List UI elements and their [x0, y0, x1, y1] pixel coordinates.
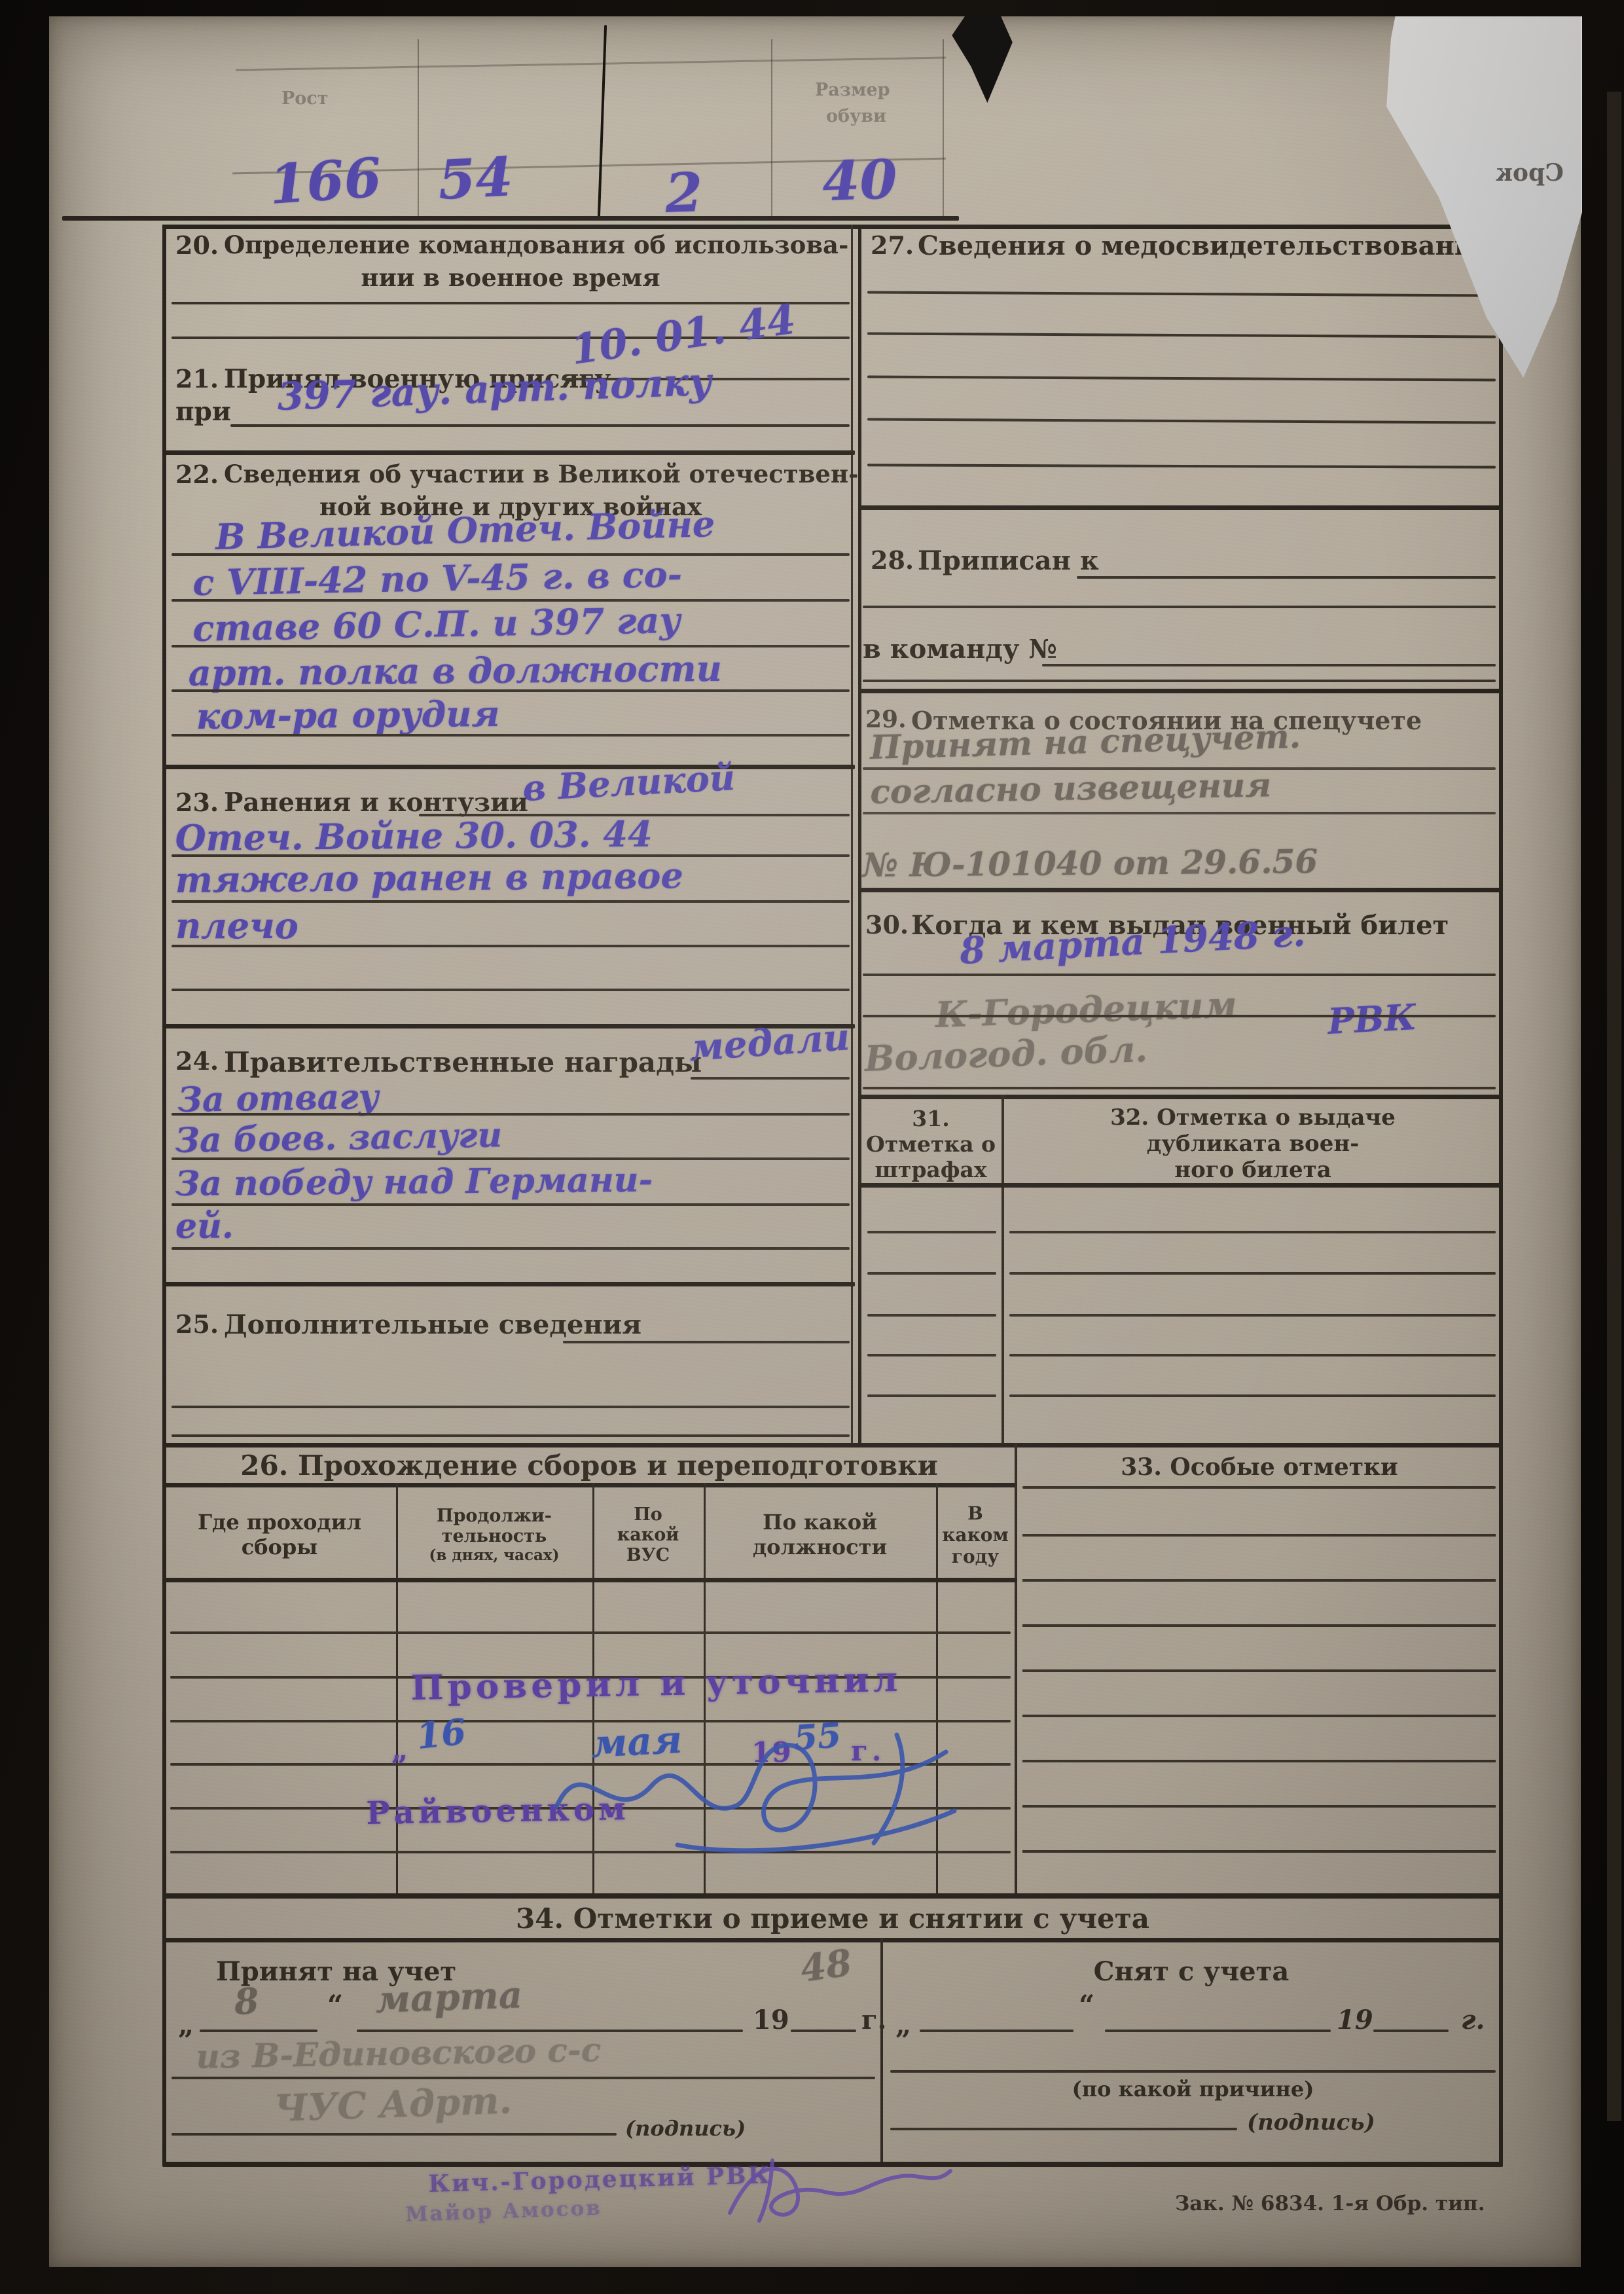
rule-line	[1009, 1314, 1496, 1317]
s26-h4: По какой	[763, 1510, 877, 1535]
s29-pencil-3: № Ю-101040 от 29.6.56	[862, 842, 1318, 884]
rule-line	[890, 2128, 1237, 2130]
s33-title-text: Особые отметки	[1170, 1453, 1398, 1481]
s34-right-g: г.	[1461, 2005, 1485, 2035]
s34-title: 34. Отметки о приеме и снятии с учета	[164, 1903, 1502, 1935]
s34-left-year-pencil: 48	[798, 1941, 854, 1991]
rule-line	[171, 1157, 850, 1160]
rule-line	[171, 1247, 850, 1250]
section-divider	[164, 450, 855, 455]
rule-line	[171, 1434, 850, 1437]
s27-num: 27.	[871, 230, 914, 260]
s22-handwriting-5: ком-ра орудия	[196, 693, 499, 737]
rule-line	[171, 1203, 850, 1206]
s22-title: Сведения об участии в Великой отечествен…	[224, 460, 858, 488]
section-divider-full	[162, 1443, 1503, 1447]
s22-handwriting-3: ставе 60 С.П. и 397 гау	[192, 599, 681, 649]
s31-line: 31. Отметка о	[861, 1106, 1000, 1157]
s26-h2: (в днях, часах)	[429, 1546, 560, 1564]
s26-h1: Где проходил	[198, 1510, 361, 1535]
s34-left-pencil-2: из В-Единовского с-с	[196, 2030, 602, 2076]
s34-right-year-printed: 19	[1337, 2005, 1373, 2035]
rule-line	[1077, 576, 1496, 579]
rule-line	[1009, 1394, 1496, 1397]
s27-title: Сведения о медосвидетельствовании	[918, 230, 1493, 261]
s26-h3: По	[634, 1504, 662, 1525]
rule-line	[171, 734, 850, 737]
rule-line	[863, 812, 1496, 814]
s26-h5: году	[952, 1546, 999, 1567]
s24-num: 24.	[175, 1046, 219, 1076]
s20-title-2: нии в военное время	[173, 263, 848, 292]
s26-title: 26. Прохождение сборов и переподготовки	[164, 1449, 1015, 1482]
print-shop-note: Зак. № 6834. 1-я Обр. тип.	[1175, 2192, 1485, 2215]
rule-line	[171, 553, 850, 556]
s31-header: 31. Отметка о штрафах	[861, 1106, 1000, 1182]
section-divider	[858, 689, 1503, 693]
s28-num: 28.	[871, 545, 914, 575]
rule-line	[867, 1272, 996, 1275]
s26-h2: тельность	[442, 1526, 547, 1546]
bottom-signature	[694, 2147, 969, 2236]
stamp-day-handwriting: 16	[414, 1710, 467, 1757]
rule-line	[1009, 1354, 1496, 1356]
rule-line	[200, 2030, 317, 2032]
stub-divider	[943, 39, 944, 217]
header-bottom-border	[858, 1183, 1503, 1188]
s34-left-day-pencil: 8	[233, 1980, 261, 2023]
rule-line	[171, 645, 850, 647]
s34-right-title: Снят с учета	[884, 1956, 1499, 1987]
rule-line	[1373, 2030, 1449, 2032]
rule-line	[171, 1406, 850, 1408]
s26-h3: ВУС	[626, 1545, 670, 1565]
s34-right-quote-open: „	[895, 2009, 911, 2041]
s22-num: 22.	[175, 460, 219, 489]
stub-value-shoe: 40	[821, 148, 898, 213]
rule-line	[1105, 2030, 1331, 2032]
s34-left-g: г.	[861, 2005, 886, 2035]
s24-handwriting-4: ей.	[175, 1207, 234, 1247]
rule-line	[920, 2030, 1074, 2032]
center-divider	[858, 225, 861, 1445]
s23-handwriting-2: Отеч. Войне 30. 03. 44	[175, 813, 652, 859]
s22-handwriting-4: арт. полка в должности	[188, 647, 722, 694]
s23-handwriting-4: плечо	[175, 905, 298, 947]
s20-title: Определение командования об использова-	[224, 230, 848, 259]
table-right-border	[1499, 225, 1503, 2166]
s23-handwriting-3: тяжело ранен в правое	[175, 854, 683, 901]
rule-line	[171, 1113, 850, 1116]
s26-h5: В каком	[938, 1502, 1013, 1546]
rule-line	[863, 680, 1496, 682]
section-divider	[164, 765, 855, 769]
rule-line	[1022, 1486, 1496, 1489]
s30-issuer-ink: РВК	[1327, 996, 1418, 1042]
s20-num: 20.	[175, 230, 219, 260]
rule-line	[171, 2133, 617, 2136]
s24-handwriting-2: За боев. заслуги	[175, 1115, 503, 1161]
rule-line	[867, 1394, 996, 1397]
s21-num: 21.	[175, 364, 219, 393]
s22-handwriting-2: с VIII-42 по V-45 г. в со-	[192, 553, 683, 604]
stamp-quote: „	[391, 1734, 412, 1767]
s26-header-year: В каком году	[938, 1493, 1013, 1576]
rule-line	[171, 900, 850, 903]
s26-num: 26.	[240, 1449, 288, 1482]
verified-stamp-text: Проверил и уточнил	[410, 1660, 902, 1708]
rule-line	[171, 945, 850, 947]
rule-line	[863, 1087, 1496, 1089]
s34-title-bottom	[162, 1938, 1503, 1942]
s26-h3: какой	[617, 1525, 679, 1545]
mirrored-bleed-text: Срок	[1496, 159, 1564, 187]
s26-header-where: Где проходил сборы	[165, 1493, 394, 1576]
s24-label: Правительственные награды	[224, 1046, 702, 1078]
stub-bottom-border	[62, 216, 959, 221]
s31-line: штрафах	[875, 1157, 986, 1182]
stub-label-shoe-2: обуви	[826, 106, 886, 126]
rule-line	[171, 599, 850, 602]
stub-divider	[771, 39, 772, 217]
stub-value-height: 166	[267, 146, 383, 217]
rule-line	[863, 606, 1496, 608]
s34-left-sign-caption: (подпись)	[625, 2116, 746, 2141]
rule-line	[867, 1314, 996, 1317]
s30-num: 30.	[865, 910, 909, 939]
rule-line	[691, 1077, 850, 1080]
stub-divider	[418, 39, 419, 217]
rule-line	[563, 1341, 850, 1343]
scanned-military-card: Рост Размер обуви 166 54 2 40 20. Опреде…	[0, 0, 1624, 2294]
rule-line	[1009, 1272, 1496, 1275]
s26-title-text: Прохождение сборов и переподготовки	[298, 1449, 938, 1482]
stub-value-2: 54	[437, 145, 514, 212]
rule-line	[171, 989, 850, 991]
s33-left-border	[1015, 1443, 1017, 1895]
s32-line: ного билета	[1174, 1157, 1331, 1183]
rule-line	[230, 424, 850, 427]
rule-line	[867, 1354, 996, 1356]
s31-s32-divider	[1001, 1095, 1004, 1444]
s34-right-quote-close: “	[1079, 1989, 1094, 2021]
rule-line	[1042, 664, 1496, 666]
page-edge-sliver	[1607, 92, 1621, 2121]
section-divider	[858, 505, 1503, 510]
rule-line	[791, 2030, 856, 2032]
rule-line	[1009, 1231, 1496, 1233]
rule-line	[171, 689, 850, 692]
rule-line	[863, 1015, 1496, 1017]
stub-label-shoe-1: Размер	[815, 80, 890, 100]
s34-left-month-pencil: марта	[375, 1973, 523, 2022]
s28-label: Приписан к	[918, 545, 1099, 576]
s34-top-border	[162, 1893, 1503, 1899]
section-divider	[858, 1095, 1503, 1099]
s28-label-2: в команду №	[863, 634, 1057, 665]
center-divider-thin	[851, 225, 853, 1445]
s34-title-text: Отметки о приеме и снятии с учета	[573, 1903, 1149, 1935]
rule-line	[867, 1231, 996, 1233]
s26-header-vus: По какой ВУС	[594, 1493, 702, 1576]
s34-right-sign-caption: (подпись)	[1247, 2109, 1375, 2136]
s25-num: 25.	[175, 1309, 219, 1339]
s33-num: 33.	[1121, 1453, 1162, 1481]
section-divider	[858, 888, 1503, 892]
rule-line	[890, 2070, 1496, 2073]
s33-ruled-lines	[1022, 1491, 1496, 1892]
rule-line	[170, 1631, 1011, 1634]
s25-label: Дополнительные сведения	[224, 1309, 641, 1340]
s24-handwriting-3: За победу над Германи-	[175, 1160, 653, 1204]
s26-header-bottom	[162, 1578, 1017, 1582]
s33-title: 33. Особые отметки	[1017, 1453, 1502, 1481]
table-top-border	[162, 225, 1503, 229]
s34-left-year-printed: 19	[753, 2005, 789, 2035]
s32-line: дубликата воен-	[1147, 1131, 1360, 1157]
s34-right-reason-caption: (по какой причине)	[890, 2077, 1496, 2102]
s26-h2: Продолжи-	[437, 1506, 552, 1526]
table-left-border	[162, 225, 166, 2166]
s32-header: 32. Отметка о выдаче дубликата воен- ног…	[1008, 1101, 1498, 1186]
s26-header-top	[162, 1483, 1017, 1487]
s34-left-pencil-3: ЧУС Адрт.	[274, 2079, 513, 2130]
signature	[543, 1709, 962, 1866]
s23-num: 23.	[175, 788, 219, 817]
s26-h1: сборы	[242, 1535, 318, 1559]
rule-line	[171, 2077, 875, 2079]
s34-left-quote-close: “	[327, 1989, 343, 2021]
s26-h4: должности	[753, 1535, 887, 1559]
section-divider	[164, 1282, 855, 1286]
s26-header-duration: Продолжи- тельность (в днях, часах)	[398, 1493, 590, 1576]
s29-pencil-2: согласно извещения	[870, 765, 1272, 811]
s21-pre: при	[175, 397, 231, 427]
stub-label-height: Рост	[281, 88, 328, 109]
s34-divider	[880, 1938, 883, 2166]
s26-header-position: По какой должности	[706, 1493, 934, 1576]
s34-num: 34.	[516, 1903, 564, 1935]
rule-line	[863, 974, 1496, 976]
s32-line: 32. Отметка о выдаче	[1110, 1104, 1396, 1131]
s34-left-quote-open: „	[178, 2009, 194, 2041]
